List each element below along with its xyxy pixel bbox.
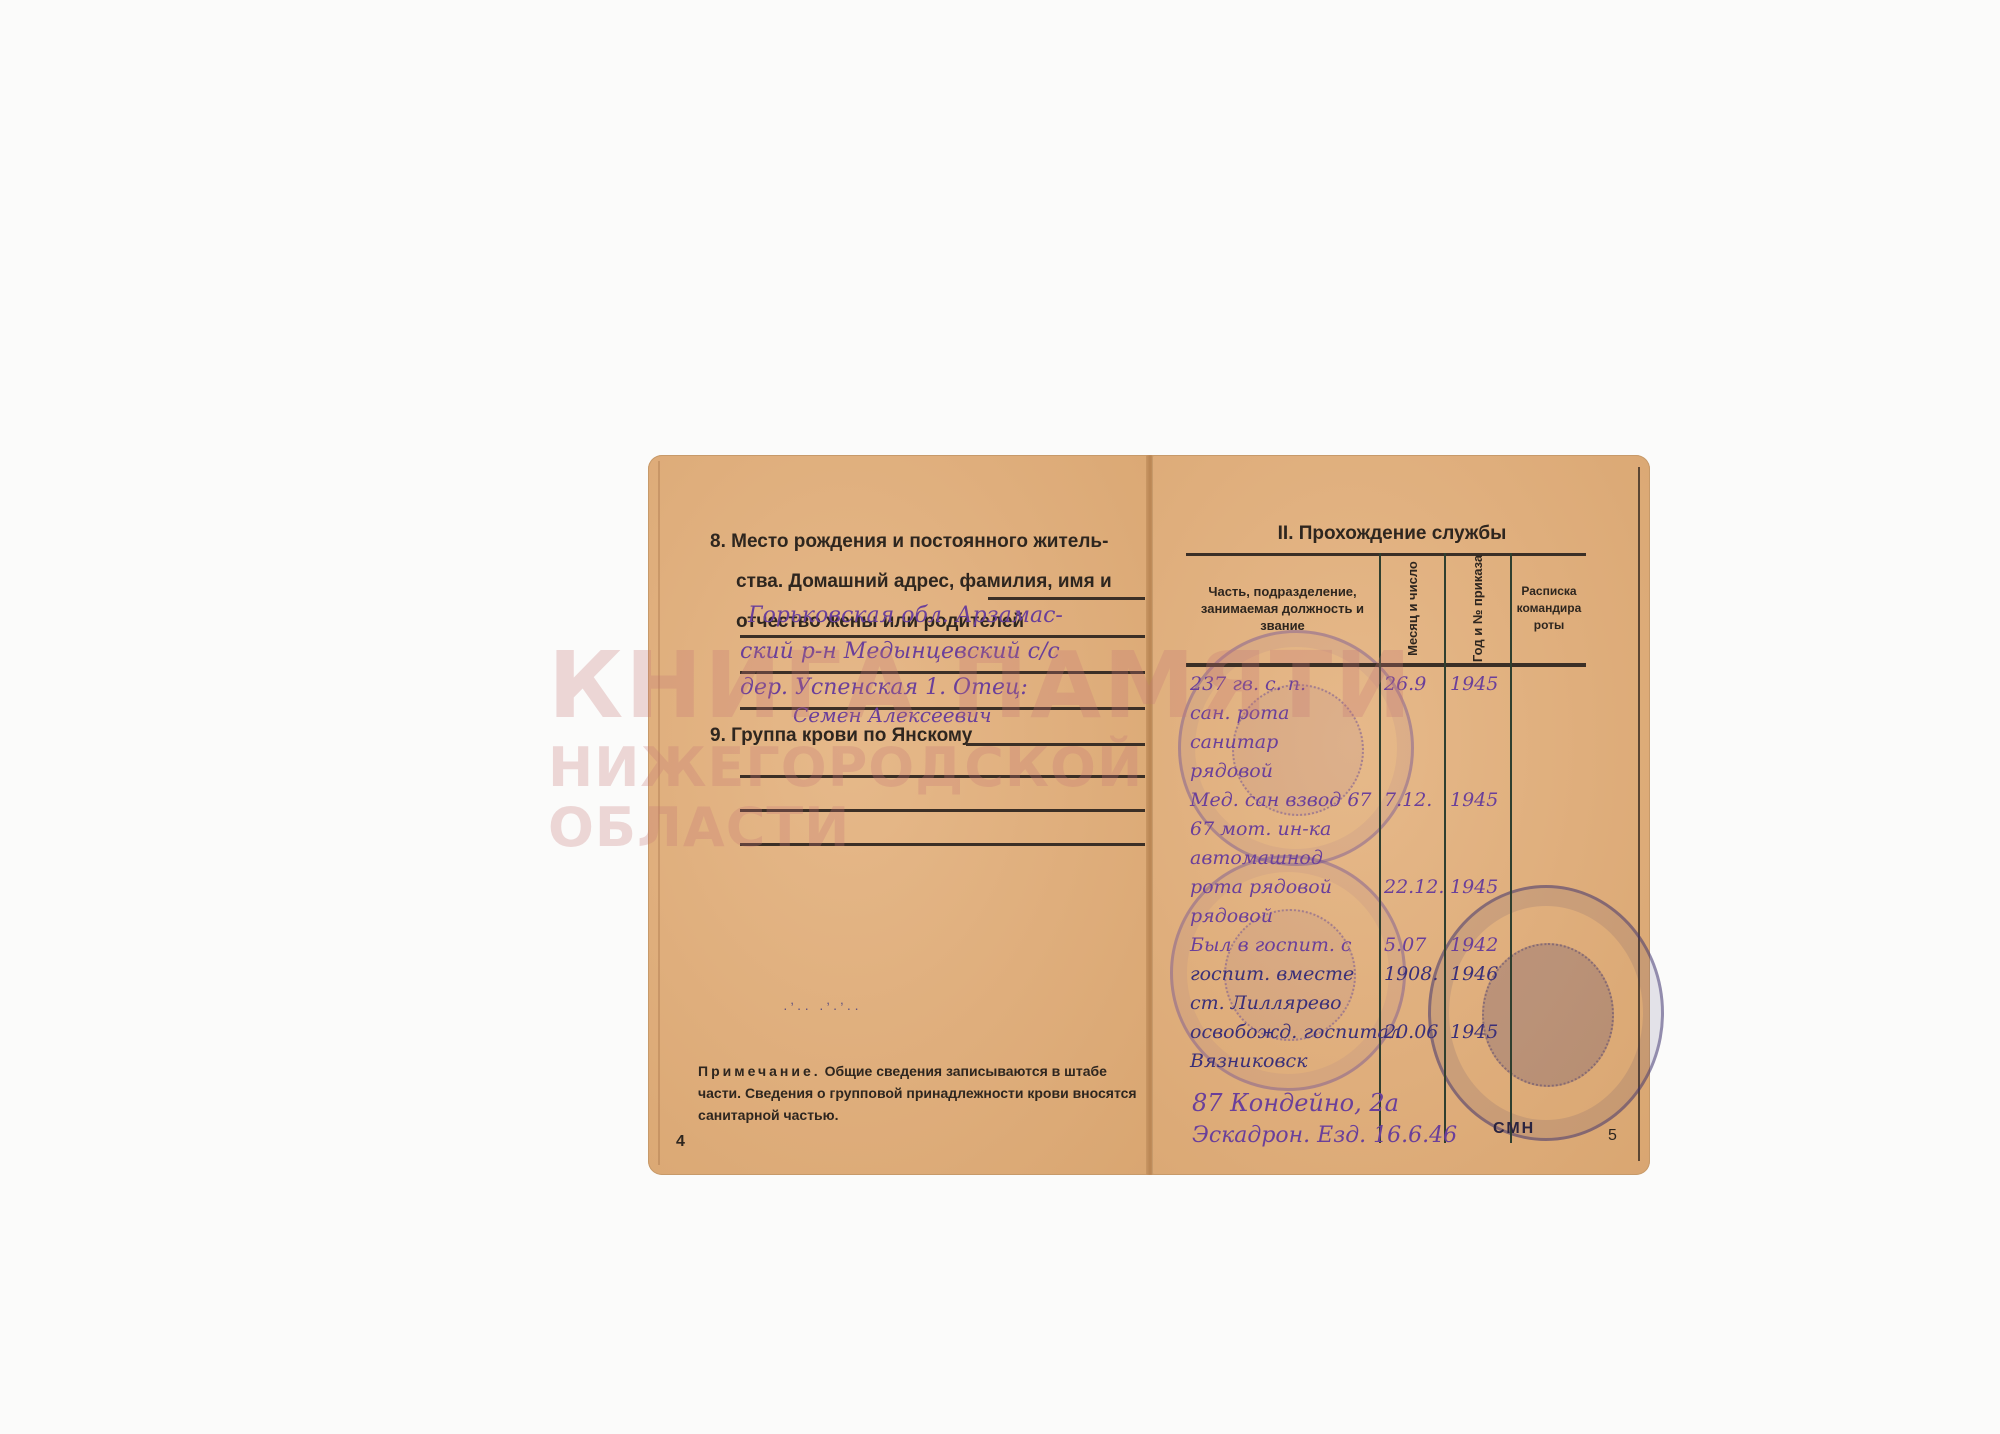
stamp-text: СМН: [1493, 1120, 1535, 1138]
answer-rule: [988, 597, 1145, 600]
item-9-label: 9. Группа крови по Янскому: [710, 725, 972, 747]
handwritten-address-2: ский р-н Медынцевский с/с: [740, 639, 1060, 664]
column-header-order-text: Год и № приказа: [1470, 555, 1487, 662]
row-year-entry: 1945: [1450, 1021, 1498, 1043]
row-year-entry: 1942: [1450, 934, 1498, 956]
footer-handwriting-1: 87 Кондейно, 2а: [1192, 1089, 1399, 1117]
row-unit-entry: Вязниковск: [1190, 1050, 1308, 1072]
row-unit-entry: санитар: [1190, 731, 1278, 753]
row-unit-entry: рота рядовой: [1190, 876, 1332, 898]
row-year-entry: 1945: [1450, 876, 1498, 898]
row-unit-entry: сан. рота: [1190, 702, 1290, 724]
row-date-entry: 5.07: [1384, 934, 1426, 956]
row-year-entry: 1946: [1450, 963, 1498, 985]
footnote: Примечание. Общие сведения записываются …: [698, 1060, 1138, 1126]
column-header-order: Год и № приказа: [1446, 561, 1510, 656]
item-8-line-1: 8. Место рождения и постоянного житель-: [710, 522, 1140, 562]
handwritten-address-1: Горьковская обл. Арзамас-: [748, 603, 1063, 628]
row-unit-entry: автомашнод: [1190, 847, 1323, 869]
service-booklet: 8. Место рождения и постоянного житель- …: [648, 455, 1650, 1175]
answer-rule: [740, 843, 1145, 846]
row-unit-entry: Был в госпит. с: [1190, 934, 1352, 956]
section-title: II. Прохождение службы: [1192, 523, 1592, 545]
answer-rule: [740, 671, 1145, 674]
row-year-entry: 1945: [1450, 789, 1498, 811]
row-unit-entry: госпит. вместе: [1190, 963, 1354, 985]
row-date-entry: 22.12.: [1384, 876, 1444, 898]
answer-rule: [966, 743, 1145, 746]
row-unit-entry: 237 гв. с. п.: [1190, 673, 1306, 695]
column-header-unit: Часть, подразделение, занимаемая должнос…: [1186, 561, 1379, 656]
column-header-date: Месяц и число: [1381, 561, 1444, 656]
item-8-line-2: ства. Домашний адрес, фамилия, имя и: [710, 562, 1140, 602]
row-year-entry: 1945: [1450, 673, 1498, 695]
table-header-rule: [1186, 663, 1586, 667]
footnote-title: Примечание.: [698, 1063, 821, 1079]
row-date-entry: 26.9: [1384, 673, 1426, 695]
row-unit-entry: освобожд. госпитал: [1190, 1021, 1401, 1043]
row-unit-entry: Мед. сан взвод 67: [1190, 789, 1372, 811]
row-unit-entry: 67 мот. ин-ка: [1190, 818, 1331, 840]
handwritten-address-3: дер. Успенская 1. Отец:: [740, 675, 1028, 700]
answer-rule: [740, 775, 1145, 778]
row-date-entry: 7.12.: [1384, 789, 1432, 811]
page-number-right: 5: [1608, 1127, 1617, 1145]
column-header-date-text: Месяц и число: [1404, 561, 1421, 656]
row-date-entry: 20.06: [1384, 1021, 1438, 1043]
handwritten-father-name: Семен Алексеевич: [793, 703, 992, 727]
column-header-signature: Расписка командира роты: [1512, 561, 1586, 656]
page-number-left: 4: [676, 1133, 685, 1151]
row-unit-entry: рядовой: [1190, 905, 1273, 927]
answer-rule: [740, 809, 1145, 812]
row-unit-entry: ст. Лиллярево: [1190, 992, 1342, 1014]
footer-handwriting-2: Эскадрон. Езд. 16.6.46: [1192, 1123, 1457, 1148]
row-date-entry: 1908.: [1384, 963, 1438, 985]
table-top-rule: [1186, 553, 1586, 556]
service-record-table: Часть, подразделение, занимаемая должнос…: [1186, 553, 1586, 1143]
row-unit-entry: рядовой: [1190, 760, 1273, 782]
answer-rule: [740, 635, 1145, 638]
stray-ink-marks: ·ʼ·· ·ʼ·ʼ··: [783, 1000, 862, 1016]
